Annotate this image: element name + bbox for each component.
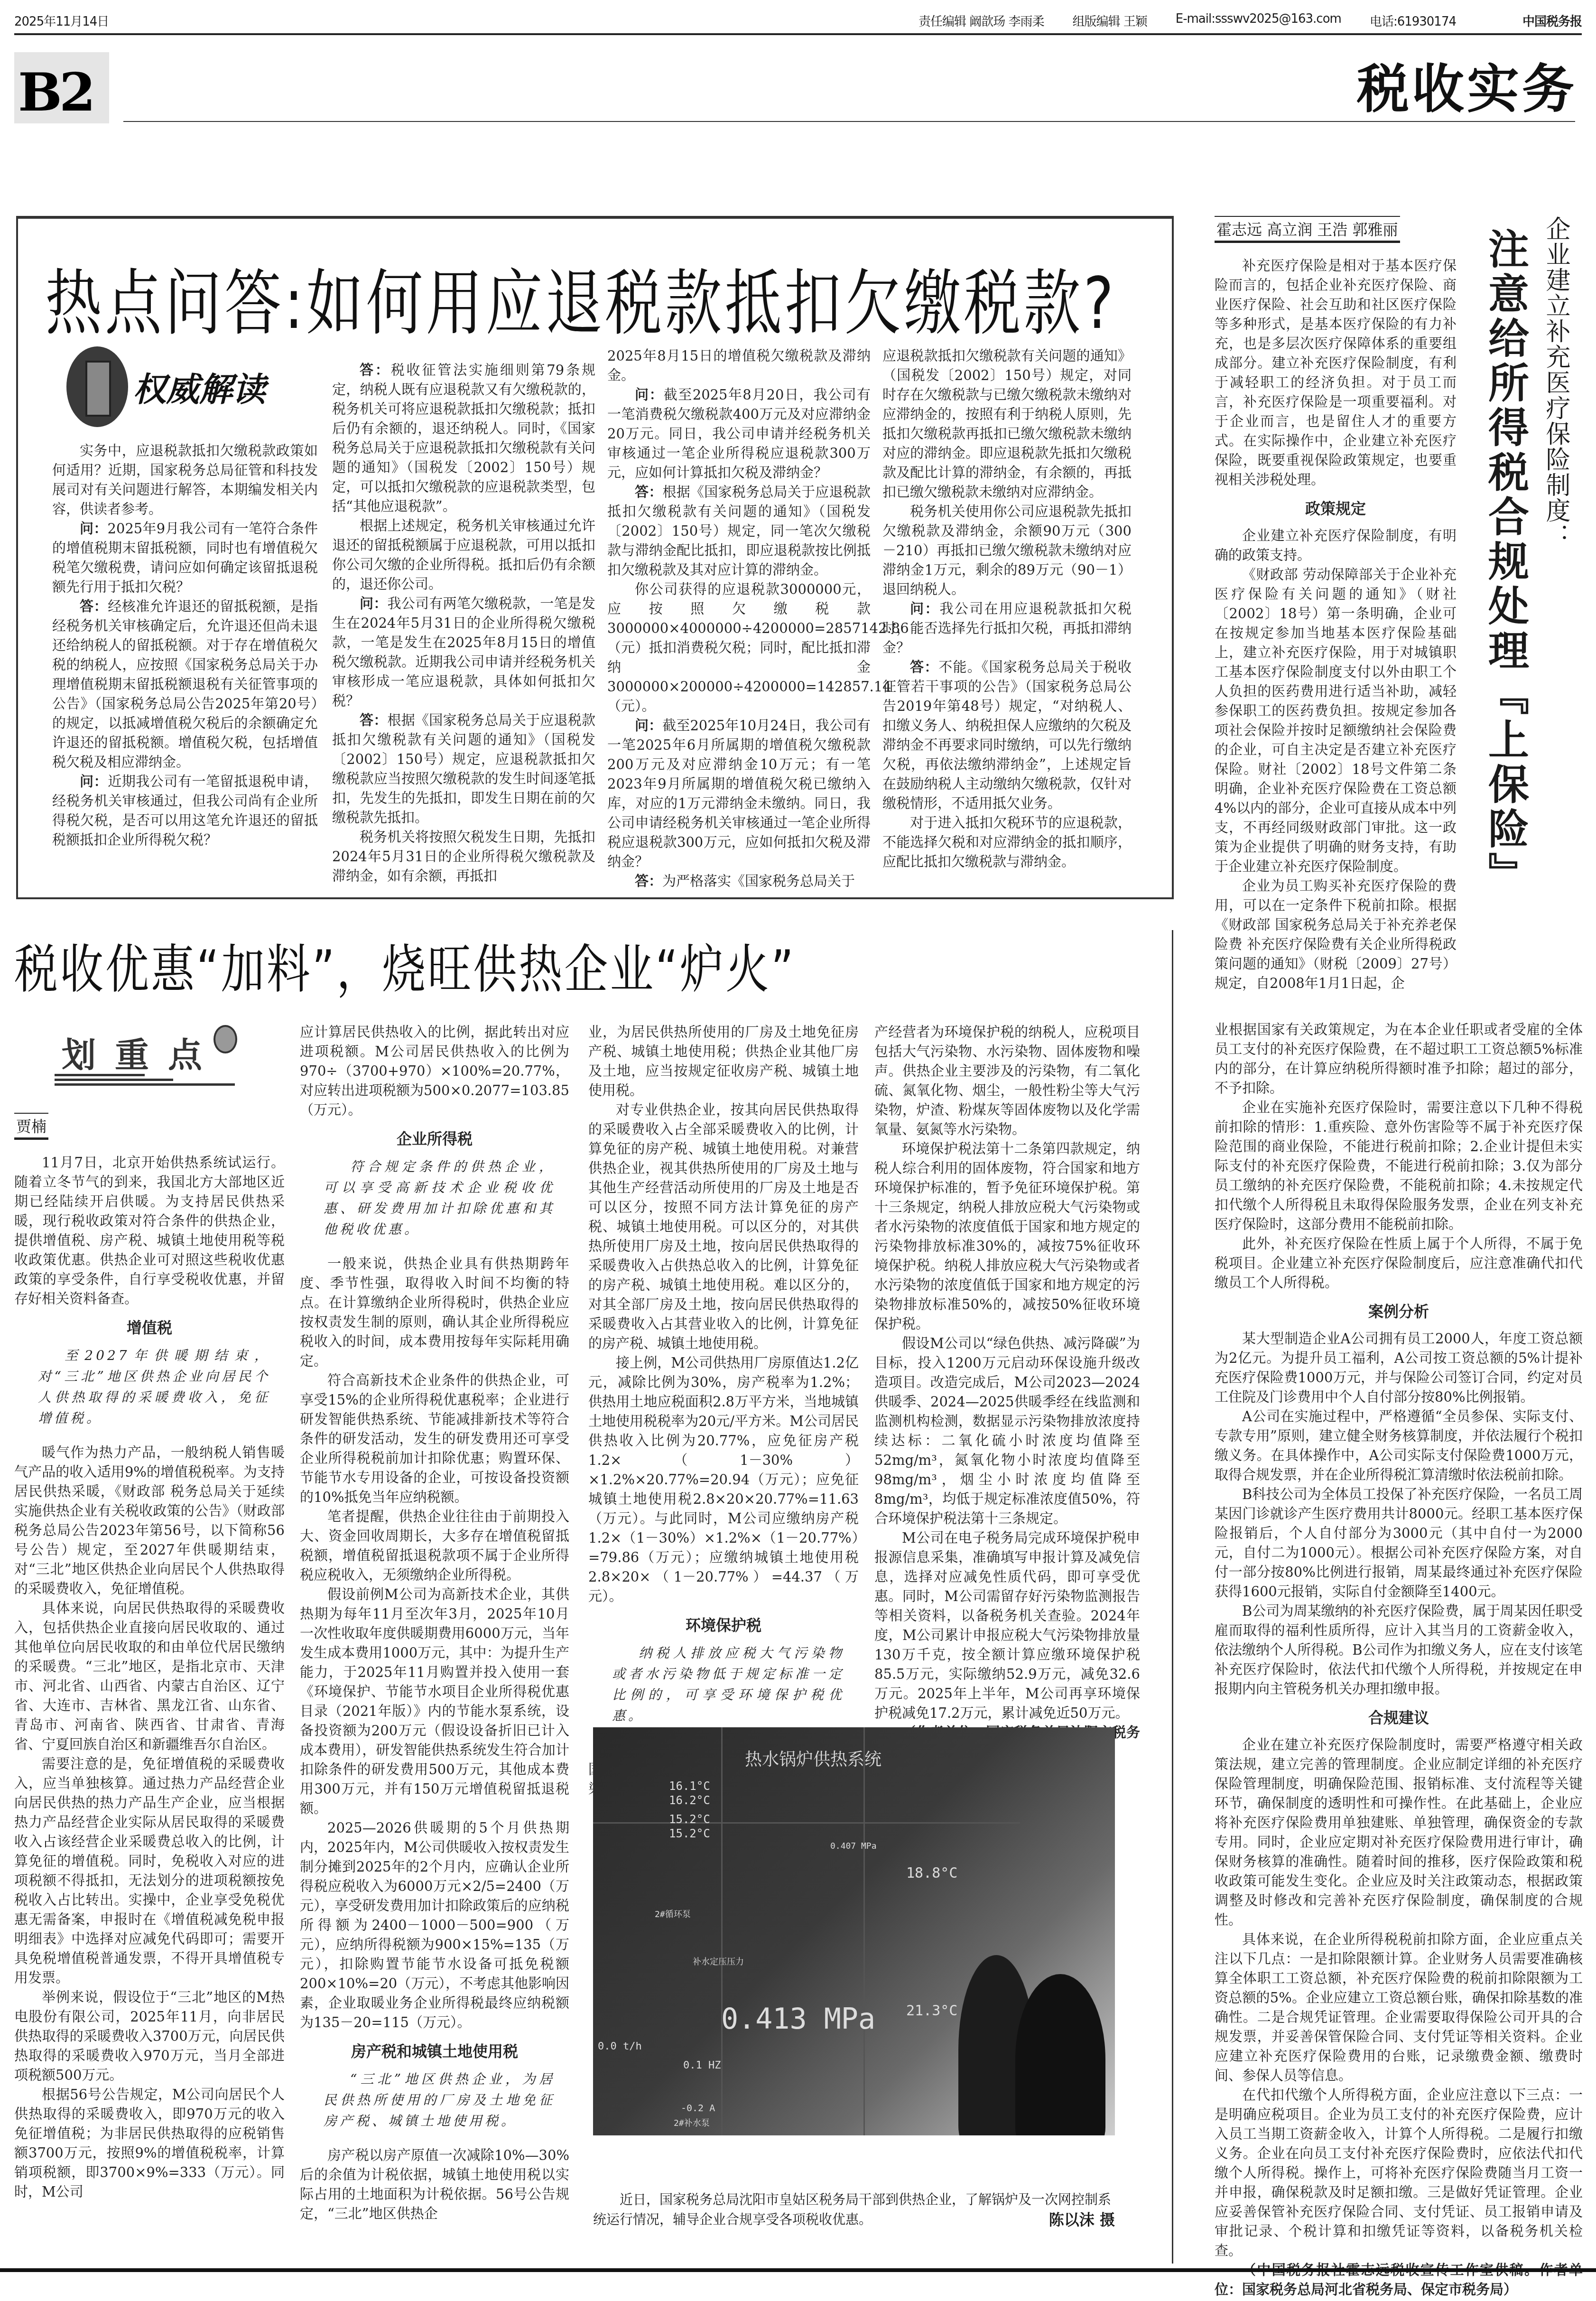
body-paragraph: 2025—2026供暖期的5个月供热期内，2025年内，M公司供暖收入按权责发生… [300,1818,569,2032]
question-paragraph: 问：截至2025年8月20日，我公司有一笔消费税欠缴税款400万元及对应滞纳金2… [607,385,871,483]
body-paragraph: 应计算居民供热收入的比例，据此转出对应进项税额。M公司居民供热收入的比例为970… [300,1023,569,1120]
author-note: （中国税务报社霍志远税收宣传工作室供稿。作者单位：国家税务总局河北省税务局、保定… [1215,2261,1583,2300]
body-paragraph: 假设前例M公司为高新技术企业，其供热期为每年11月至次年3月，2025年10月一… [300,1585,569,1818]
question-paragraph: 问：我公司在用应退税款抵扣欠税时，能否选择先行抵扣欠税，再抵扣滞纳金？ [882,599,1132,658]
freq-reading: 0.1 HZ [683,2059,721,2071]
paragraph-text: 税务机关使用你公司应退税款先抵扣欠缴税款及滞纳金，余额90万元（300－210）… [882,503,1132,597]
body-paragraph: 具体来说，在企业所得税税前扣除方面，企业应重点关注以下几点：一是扣除限额计算。企… [1215,1930,1583,2086]
answer-paragraph: 答：根据《国家税务总局关于应退税款抵扣欠缴税款有关问题的通知》（国税发〔2002… [607,483,871,580]
qa-label: 答： [360,712,388,728]
paragraph-text: 接上例，M公司供热用厂房原值达1.2亿元，减除比例为30%，房产税率为1.2%；… [588,1355,859,1604]
body-paragraph: 《财政部 劳动保障部关于企业补充医疗保险有关问题的通知》（财社〔2002〕18号… [1215,565,1457,876]
section-rule [123,121,1575,122]
layout-editor: 组版编辑 王颖 [1072,12,1147,29]
paragraph-text: 需要注意的是，免征增值税的采暖费收入，应当单独核算。通过热力产品经营企业向居民供… [14,1756,285,1986]
body-paragraph: 企业在建立补充医疗保险制度时，需要严格遵守相关政策法规，建立完善的管理制度。企业… [1215,1735,1583,1930]
paragraph-text: 业，为居民供热所使用的厂房及土地免征房产税、城镇土地使用税；供热企业其他厂房及土… [588,1024,859,1099]
temp-reading: 18.8°C [906,1865,957,1882]
body-paragraph: 暖气作为热力产品，一般纳税人销售暖气产品的收入适用9%的增值税税率。为支持居民供… [14,1443,285,1599]
temp-reading: 21.3°C [906,2003,957,2019]
paragraph-text: 税收征管法实施细则第79条规定，纳税人既有应退税款又有欠缴税款的，税务机关可将应… [332,362,595,514]
issue-date: 2025年11月14日 [14,12,109,29]
masthead-meta: 责任编辑 阚歆玚 李雨柔 组版编辑 王颖 E-mail:ssswv2025@16… [919,12,1456,29]
question-paragraph: 问：近期我公司有一笔留抵退税申请，经税务机关审核通过，但我公司尚有企业所得税欠税… [52,772,318,850]
current-reading: -0.2 A [681,2102,715,2114]
screen-seam [721,1727,723,2135]
paragraph-text: 应退税款抵扣欠缴税款有关问题的通知》（国税发〔2002〕150号）规定，对同时存… [882,348,1132,500]
paragraph-text: 税务机关将按照欠税发生日期，先抵扣2024年5月31日的企业所得税欠缴税款及滞纳… [332,829,595,884]
subhead: 环境保护税 [588,1616,859,1635]
paragraph-text: 11月7日，北京开始供热系统试运行。随着立冬节气的到来，我国北方大部地区近期已经… [14,1155,285,1307]
paper-name: 中国税务报 [1522,12,1582,29]
paragraph-text: 根据《国家税务总局关于应退税款抵扣欠缴税款有关问题的通知》（国税发〔2002〕1… [332,712,595,826]
paragraph-text: B公司为周某缴纳的补充医疗保险费，属于周某因任职受雇而取得的福利性质所得，应计入… [1215,1603,1583,1697]
subhead: 案例分析 [1215,1302,1583,1322]
temp-reading: 16.1°C [669,1779,710,1793]
body-paragraph: 应退税款抵扣欠缴税款有关问题的通知》（国税发〔2002〕150号）规定，对同时存… [882,346,1132,502]
pump-label: 2#循环泵 [655,1908,691,1920]
paragraph-text: 案例分析 [1368,1303,1429,1321]
body-paragraph: 需要注意的是，免征增值税的采暖费收入，应当单独核算。通过热力产品经营企业向居民供… [14,1754,285,1988]
paragraph-text: 对于进入抵扣欠税环节的应退税款，不能选择欠税和对应滞纳金的抵扣顺序，应配比抵扣欠… [882,815,1132,870]
subhead: 房产税和城镇土地使用税 [300,2042,569,2061]
underline-2 [55,1079,173,1081]
temp-reading: 15.2°C [669,1827,710,1840]
paragraph-text: 具体来说，在企业所得税税前扣除方面，企业应重点关注以下几点：一是扣除限额计算。企… [1215,1931,1583,2084]
qa-label: 问： [80,521,108,537]
paragraph-text: 一般来说，供热企业具有供热期跨年度、季节性强，取得收入时间不均衡的特点。在计算缴… [300,1256,569,1369]
paragraph-text: 应计算居民供热收入的比例，据此转出对应进项税额。M公司居民供热收入的比例为970… [300,1024,569,1118]
authority-interpretation-logo: 权威解读 [66,342,270,432]
body-paragraph: 实务中，应退税款抵扣欠缴税款政策如何适用？近期，国家税务总局征管和科技发展司对有… [52,441,318,519]
lightbulb-pencil-icon [213,1025,237,1053]
paragraph-text: 对专业供热企业，按其向居民供热取得的采暖费收入占全部采暖费收入的比例，计算免征的… [588,1102,859,1351]
paragraph-text: 某大型制造企业A公司拥有员工2000人，年度工资总额为2亿元。为提升员工福利，A… [1215,1331,1583,1405]
question-paragraph: 问：2025年9月我公司有一笔符合条件的增值税期末留抵税额，同时也有增值税欠税笔… [52,519,318,597]
responsible-editor: 责任编辑 阚歆玚 李雨柔 [919,12,1044,29]
paragraph-text: 此外，补充医疗保险在性质上属于个人所得，不属于免税项目。企业建立补充医疗保险制度… [1215,1236,1583,1291]
article2-column-1: 11月7日，北京开始供热系统试运行。随着立冬节气的到来，我国北方大部地区近期已经… [14,1153,285,2202]
article2-column-4: 产经营者为环境保护税的纳税人，应税项目包括大气污染物、水污染物、固体废物和噪声。… [874,1023,1140,1762]
qa-label: 问： [80,773,108,790]
underline-3 [55,1083,235,1086]
body-paragraph: 举例来说，假设位于“三北”地区的M热电股份有限公司，2025年11月，向非居民供… [14,1988,285,2085]
subhead: 企业所得税 [300,1129,569,1149]
paragraph-text: B科技公司为全体员工投保了补充医疗保险，一名员工周某因门诊就诊产生医疗费用共计8… [1215,1486,1583,1600]
pump-label: 2#补水泵 [674,2116,710,2129]
paragraph-text: 暖气作为热力产品，一般纳税人销售暖气产品的收入适用9%的增值税税率。为支持居民供… [14,1444,285,1597]
temp-reading: 16.2°C [669,1794,710,1807]
subhead: 政策规定 [1215,499,1457,519]
body-paragraph: 一般来说，供热企业具有供热期跨年度、季节性强，取得收入时间不均衡的特点。在计算缴… [300,1254,569,1371]
screen-title: 热水锅炉供热系统 [745,1746,882,1770]
body-paragraph: A公司在实施过程中，严格遵循“全员参保、实际支付、专款专用”原则，建立健全财务核… [1215,1407,1583,1485]
paragraph-text: 不能。《国家税务总局关于税收征管若干事项的公告》（国家税务总局公告2019年第4… [882,659,1132,811]
masthead-bar: 2025年11月14日 责任编辑 阚歆玚 李雨柔 组版编辑 王颖 E-mail:… [14,9,1582,32]
paragraph-text: （中国税务报社霍志远税收宣传工作室供稿。作者单位：国家税务总局河北省税务局、保定… [1215,2262,1583,2298]
paragraph-text: 企业建立补充医疗保险制度，有明确的政策支持。 [1215,528,1457,563]
article3-byline: 霍志远 高立润 王浩 郭雅丽 [1215,216,1400,243]
paragraph-text: 根据56号公告规定，M公司向居民个人供热取得的采暖费收入，即970万元的收入免征… [14,2087,285,2200]
tax-officer-figure [1015,1974,1105,2135]
article2-byline: 贾楠 [14,1113,48,1140]
paragraph-text: 符合规定条件的供热企业，可以享受高新技术企业税收优惠、研发费用加计扣除优惠和其他… [324,1159,555,1237]
article2-headline: 税收优惠“加料”，烧旺供热企业“炉火” [14,928,796,1003]
article1-column-2: 答：税收征管法实施细则第79条规定，纳税人既有应退税款又有欠缴税款的，税务机关可… [332,361,595,886]
qa-label: 答： [360,362,391,378]
paragraph-text: 举例来说，假设位于“三北”地区的M热电股份有限公司，2025年11月，向非居民供… [14,1989,285,2083]
body-paragraph: 11月7日，北京开始供热系统试运行。随着立冬节气的到来，我国北方大部地区近期已经… [14,1153,285,1309]
screen-seam [593,1822,1020,1824]
paragraph-text: 房产税和城镇土地使用税 [351,2042,518,2060]
section-title: 税收实务 [1357,47,1577,122]
paragraph-text: 根据上述规定，税务机关审核通过允许退还的留抵税额属于应退税款，可用以抵扣你公司欠… [332,518,595,592]
body-paragraph: 税务机关将按照欠税发生日期，先抵扣2024年5月31日的企业所得税欠缴税款及滞纳… [332,828,595,886]
paragraph-text: 产经营者为环境保护税的纳税人，应税项目包括大气污染物、水污染物、固体废物和噪声。… [874,1024,1140,1137]
paragraph-text: 实务中，应退税款抵扣欠缴税款政策如何适用？近期，国家税务总局征管和科技发展司对有… [52,443,318,517]
answer-paragraph: 答：经核准允许退还的留抵税额，是指经税务机关审核确定后，允许退还但尚未退还给纳税… [52,597,318,772]
body-paragraph: 2025年8月15日的增值税欠缴税款及滞纳金。 [607,346,871,385]
qa-label: 答： [635,873,662,889]
body-paragraph: 企业为员工购买补充医疗保险的费用，可以在一定条件下税前扣除。根据《财政部 国家税… [1215,876,1457,993]
paragraph-text: 纳税人排放应税大气污染物或者水污染物低于规定标准一定比例的，可享受环境保护税优惠… [612,1645,844,1723]
paragraph-text: 业根据国家有关政策规定，为在本企业任职或者受雇的全体员工支付的补充医疗保险费，在… [1215,1022,1583,1096]
podium-icon [66,346,128,427]
question-paragraph: 问：我公司有两笔欠缴税款，一笔是发生在2024年5月31日的企业所得税欠缴税款，… [332,594,595,711]
body-paragraph: 某大型制造企业A公司拥有员工2000人，年度工资总额为2亿元。为提升员工福利，A… [1215,1329,1583,1407]
body-paragraph: 企业建立补充医疗保险制度，有明确的政策支持。 [1215,526,1457,565]
body-paragraph: 税务机关使用你公司应退税款先抵扣欠缴税款及滞纳金，余额90万元（300－210）… [882,502,1132,599]
paragraph-text: 环境保护税法第十二条第四款规定，纳税人综合利用的固体废物，符合国家和地方环境保护… [874,1141,1140,1332]
paragraph-text: 假设前例M公司为高新技术企业，其供热期为每年11月至次年3月，2025年10月一… [300,1586,569,1817]
article3-narrow-column: 补充医疗保险是相对于基本医疗保险而言的，包括企业补充医疗保险、商业医疗保险、社会… [1215,256,1457,993]
question-paragraph: 问：截至2025年10月24日，我公司有一笔2025年6月所属期的增值税欠缴税款… [607,716,871,872]
body-paragraph: 业，为居民供热所使用的厂房及土地免征房产税、城镇土地使用税；供热企业其他厂房及土… [588,1023,859,1100]
paragraph-text: 在代扣代缴个人所得税方面，企业应注意以下三点：一是明确应税项目。企业为员工支付的… [1215,2087,1583,2259]
body-paragraph: 符合高新技术企业条件的供热企业，可享受15%的企业所得税优惠税率；企业进行研发智… [300,1371,569,1507]
qa-label: 问： [635,387,664,403]
body-paragraph: 业根据国家有关政策规定，为在本企业任职或者受雇的全体员工支付的补充医疗保险费，在… [1215,1020,1583,1098]
article2-column-2: 应计算居民供热收入的比例，据此转出对应进项税额。M公司居民供热收入的比例为970… [300,1023,569,2224]
key-points-logo: 划重点 [28,1023,247,1084]
paragraph-text: 经核准允许退还的留抵税额，是指经税务机关审核确定后，允许退还但尚未退还给纳税人的… [52,598,318,770]
subhead: 增值税 [14,1318,285,1338]
paragraph-text: 《财政部 劳动保障部关于企业补充医疗保险有关问题的通知》（财社〔2002〕18号… [1215,567,1457,875]
body-paragraph: 假设M公司以“绿色供热、减污降碳”为目标，投入1200万元启动环保设施升级改造项… [874,1334,1140,1528]
qa-label: 问： [360,596,388,612]
paragraph-text: 企业所得税 [397,1130,473,1148]
page-number: B2 [18,62,93,123]
article1-headline: 热点问答:如何用应退税款抵扣欠缴税款? [45,247,1116,349]
qa-label: 问： [635,717,662,734]
paragraph-text: 假设M公司以“绿色供热、减污降碳”为目标，投入1200万元启动环保设施升级改造项… [874,1335,1140,1527]
article1-column-1: 实务中，应退税款抵扣欠缴税款政策如何适用？近期，国家税务总局征管和科技发展司对有… [52,441,318,850]
body-paragraph: M公司在电子税务局完成环境保护税申报源信息采集，准确填写申报计算及减免信息，选择… [874,1528,1140,1723]
body-paragraph: 对于进入抵扣欠税环节的应退税款，不能选择欠税和对应滞纳金的抵扣顺序，应配比抵扣欠… [882,813,1132,872]
paragraph-text: 环境保护税 [686,1616,761,1634]
answer-paragraph: 答：根据《国家税务总局关于应退税款抵扣欠缴税款有关问题的通知》（国税发〔2002… [332,711,595,828]
subhead: 合规建议 [1215,1708,1583,1728]
article1-column-3: 2025年8月15日的增值税欠缴税款及滞纳金。问：截至2025年8月20日，我公… [607,346,871,891]
qa-label: 问： [910,601,940,617]
paragraph-text: 企业在建立补充医疗保险制度时，需要严格遵守相关政策法规，建立完善的管理制度。企业… [1215,1737,1583,1928]
paragraph-text: 笔者提醒，供热企业往往由于前期投入大、资金回收周期长，大多存在增值税留抵税额，增… [300,1509,569,1583]
body-paragraph: 根据56号公告规定，M公司向居民个人供热取得的采暖费收入，即970万元的收入免征… [14,2085,285,2202]
masthead-rule [14,33,1582,35]
page-number-badge: B2 [14,52,109,123]
heating-control-room-photo: 热水锅炉供热系统 16.1°C 16.2°C 15.2°C 15.2°C 0.4… [593,1727,1115,2135]
answer-paragraph: 答：税收征管法实施细则第79条规定，纳税人既有应退税款又有欠缴税款的，税务机关可… [332,361,595,516]
column-divider [1172,930,1173,2264]
paragraph-text: 截至2025年10月24日，我公司有一笔2025年6月所属期的增值税欠缴税款20… [607,717,871,870]
body-paragraph: 环境保护税法第十二条第四款规定，纳税人综合利用的固体废物，符合国家和地方环境保护… [874,1139,1140,1334]
contact-phone: 电话:61930174 [1370,12,1456,29]
page-bottom-rule [0,2268,1596,2272]
article2-column-3: 业，为居民供热所使用的厂房及土地免征房产税、城镇土地使用税；供热企业其他厂房及土… [588,1023,859,1799]
body-paragraph: 此外，补充医疗保险在性质上属于个人所得，不属于免税项目。企业建立补充医疗保险制度… [1215,1234,1583,1293]
article3-wide-column: 业根据国家有关政策规定，为在本企业任职或者受雇的全体员工支付的补充医疗保险费，在… [1215,1020,1583,2300]
underline-1 [55,1074,145,1076]
photo-caption: 近日，国家税务总局沈阳市皇姑区税务局干部到供热企业，了解锅炉及一次网控制系统运行… [593,2190,1115,2230]
paragraph-text: 政策规定 [1305,500,1366,518]
pressure-reading: 0.407 MPa [830,1841,877,1851]
qa-label: 答： [910,659,938,675]
contact-email: E-mail:ssswv2025@163.com [1176,12,1341,29]
article1-column-4: 应退税款抵扣欠缴税款有关问题的通知》（国税发〔2002〕150号）规定，对同时存… [882,346,1132,872]
paragraph-text: 具体来说，向居民供热取得的采暖费收入，包括供热企业直接向居民收取的、通过其他单位… [14,1600,285,1752]
body-paragraph: 产经营者为环境保护税的纳税人，应税项目包括大气污染物、水污染物、固体废物和噪声。… [874,1023,1140,1139]
paragraph-text: “三北”地区供热企业，为居民供热所使用的厂房及土地免征房产税、城镇土地使用税。 [324,2071,555,2129]
paragraph-text: 合规建议 [1368,1709,1429,1727]
paragraph-text: 我公司有两笔欠缴税款，一笔是发生在2024年5月31日的企业所得税欠缴税款，一笔… [332,596,595,709]
callout-summary: 至2027年供暖期结束，对“三北”地区供热企业向居民个人供热取得的采暖费收入，免… [38,1345,270,1429]
paragraph-text: 至2027年供暖期结束，对“三北”地区供热企业向居民个人供热取得的采暖费收入，免… [38,1348,270,1426]
answer-paragraph: 答：为严格落实《国家税务总局关于 [607,872,871,891]
paragraph-text: 企业在实施补充医疗保险时，需要注意以下几种不得税前扣除的情形：1.重疾险、意外伤… [1215,1099,1583,1232]
body-paragraph: 笔者提醒，供热企业往往由于前期投入大、资金回收周期长，大多存在增值税留抵税额，增… [300,1507,569,1585]
authority-logo-text: 权威解读 [133,363,266,411]
article3-headline: 注意给所得税合规处理『上保险』 [1480,228,1528,897]
article3-kicker: 企业建立补充医疗保险制度： [1542,216,1570,549]
qa-label: 答： [635,484,663,500]
paragraph-text: A公司在实施过程中，严格遵循“全员参保、实际支付、专款专用”原则，建立健全财务核… [1215,1408,1583,1483]
photo-credit: 陈以沫 摄 [1022,2210,1115,2230]
flow-reading: 0.0 t/h [598,2040,642,2052]
screen-seam [863,1727,865,2135]
qa-label: 答： [80,598,108,615]
callout-summary: “三北”地区供热企业，为居民供热所使用的厂房及土地免征房产税、城镇土地使用税。 [324,2069,555,2132]
body-paragraph: 补充医疗保险是相对于基本医疗保险而言的，包括企业补充医疗保险、商业医疗保险、社会… [1215,256,1457,490]
temp-reading: 15.2°C [669,1813,710,1826]
body-paragraph: 企业在实施补充医疗保险时，需要注意以下几种不得税前扣除的情形：1.重疾险、意外伤… [1215,1098,1583,1234]
pressure-reading: 0.413 MPa [721,2003,875,2036]
paragraph-text: 符合高新技术企业条件的供热企业，可享受15%的企业所得税优惠税率；企业进行研发智… [300,1372,569,1505]
paragraph-text: 补充医疗保险是相对于基本医疗保险而言的，包括企业补充医疗保险、商业医疗保险、社会… [1215,258,1457,488]
paragraph-text: 2025年8月15日的增值税欠缴税款及滞纳金。 [607,348,871,383]
body-paragraph: 房产税以房产原值一次减除10%—30%后的余值为计税依据，城镇土地使用税以实际占… [300,2146,569,2224]
body-paragraph: 在代扣代缴个人所得税方面，企业应注意以下三点：一是明确应税项目。企业为员工支付的… [1215,2086,1583,2261]
paragraph-text: M公司在电子税务局完成环境保护税申报源信息采集，准确填写申报计算及减免信息，选择… [874,1530,1140,1721]
paragraph-text: 增值税 [127,1319,172,1337]
paragraph-text: 为严格落实《国家税务总局关于 [662,873,855,889]
paragraph-text: 企业为员工购买补充医疗保险的费用，可以在一定条件下税前扣除。根据《财政部 国家税… [1215,878,1457,991]
body-paragraph: 具体来说，向居民供热取得的采暖费收入，包括供热企业直接向居民收取的、通过其他单位… [14,1599,285,1754]
paragraph-text: 房产税以房产原值一次减除10%—30%后的余值为计税依据，城镇土地使用税以实际占… [300,2147,569,2222]
body-paragraph: 对专业供热企业，按其向居民供热取得的采暖费收入占全部采暖费收入的比例，计算免征的… [588,1100,859,1353]
pump-label: 补水定压压力 [693,1955,744,1967]
callout-summary: 符合规定条件的供热企业，可以享受高新技术企业税收优惠、研发费用加计扣除优惠和其他… [324,1156,555,1240]
body-paragraph: B科技公司为全体员工投保了补充医疗保险，一名员工周某因门诊就诊产生医疗费用共计8… [1215,1485,1583,1602]
paragraph-text: 你公司获得的应退税款3000000元，应按照欠缴税款3000000×400000… [607,581,909,714]
key-points-text: 划重点 [62,1027,221,1077]
body-paragraph: B公司为周某缴纳的补充医疗保险费，属于周某因任职受雇而取得的福利性质所得，应计入… [1215,1602,1583,1699]
body-paragraph: 根据上述规定，税务机关审核通过允许退还的留抵税额属于应退税款，可用以抵扣你公司欠… [332,516,595,594]
paragraph-text: 2025—2026供暖期的5个月供热期内，2025年内，M公司供暖收入按权责发生… [300,1820,569,2031]
body-paragraph: 接上例，M公司供热用厂房原值达1.2亿元，减除比例为30%，房产税率为1.2%；… [588,1353,859,1606]
body-paragraph: 你公司获得的应退税款3000000元，应按照欠缴税款3000000×400000… [607,580,871,716]
answer-paragraph: 答：不能。《国家税务总局关于税收征管若干事项的公告》（国家税务总局公告2019年… [882,658,1132,813]
callout-summary: 纳税人排放应税大气污染物或者水污染物低于规定标准一定比例的，可享受环境保护税优惠… [612,1643,844,1726]
